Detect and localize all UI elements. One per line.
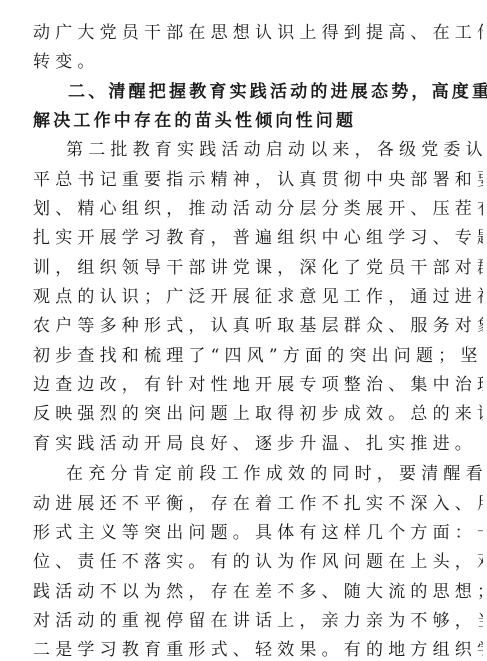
text-line: 转变。 bbox=[33, 48, 483, 77]
paragraph-line: 育实践活动开局良好、逐步升温、扎实推进。 bbox=[33, 430, 483, 459]
paragraph-line: 践活动不以为然，存在差不多、随大流的思想；有的领导同志 bbox=[33, 578, 483, 607]
section-heading: 二、清醒把握教育实践活动的进展态势，高度重视并切实 bbox=[68, 78, 487, 107]
paragraph-line: 平总书记重要指示精神，认真贯彻中央部署和要求，精心谋 bbox=[33, 166, 483, 195]
paragraph-line: 初步查找和梳理了“四风”方面的突出问题；坚持边学边改、 bbox=[33, 342, 483, 371]
paragraph-line: 划、精心组织，推动活动分层分类展开、压茬有序进行。各地 bbox=[33, 195, 483, 224]
paragraph-line: 在充分肯定前段工作成效的同时，要清醒看到第二批活 bbox=[66, 460, 487, 489]
paragraph-line: 二是学习教育重形式、轻效果。有的地方组织学习不重实效， bbox=[33, 636, 483, 661]
paragraph-line: 形式主义等突出问题。具体有这样几个方面：一是认识不到 bbox=[33, 519, 483, 548]
section-heading: 解决工作中存在的苗头性倾向性问题 bbox=[33, 107, 483, 136]
paragraph-line: 训，组织领导干部讲党课，深化了党员干部对群众路线、群众 bbox=[33, 254, 483, 283]
paragraph-line: 扎实开展学习教育，普遍组织中心组学习、专题研讨、集中轮 bbox=[33, 224, 483, 253]
paragraph-line: 位、责任不落实。有的认为作风问题在上头，对基层搞教育实 bbox=[33, 548, 483, 577]
paragraph-line: 第二批教育实践活动启动以来，各级党委认真贯彻习近 bbox=[66, 136, 487, 165]
paragraph-line: 观点的认识；广泛开展征求意见工作，通过进社区、进企业、进 bbox=[33, 283, 483, 312]
paragraph-line: 反映强烈的突出问题上取得初步成效。总的来说，第二批教 bbox=[33, 400, 483, 429]
paragraph-line: 对活动的重视停留在讲话上，亲力亲为不够，当“甩手掌柜”。 bbox=[33, 607, 483, 636]
document-page: 动广大党员干部在思想认识上得到提高、在工作作风上明显 转变。 二、清醒把握教育实… bbox=[0, 0, 487, 661]
paragraph-line: 动进展还不平衡，存在着工作不扎实不深入、用形式主义反对 bbox=[33, 490, 483, 519]
paragraph-line: 农户等多种形式，认真听取基层群众、服务对象的意见建议， bbox=[33, 312, 483, 341]
text-line: 动广大党员干部在思想认识上得到提高、在工作作风上明显 bbox=[33, 19, 483, 48]
paragraph-line: 边查边改，有针对性地开展专项整治、集中治理，在解决群众 bbox=[33, 371, 483, 400]
